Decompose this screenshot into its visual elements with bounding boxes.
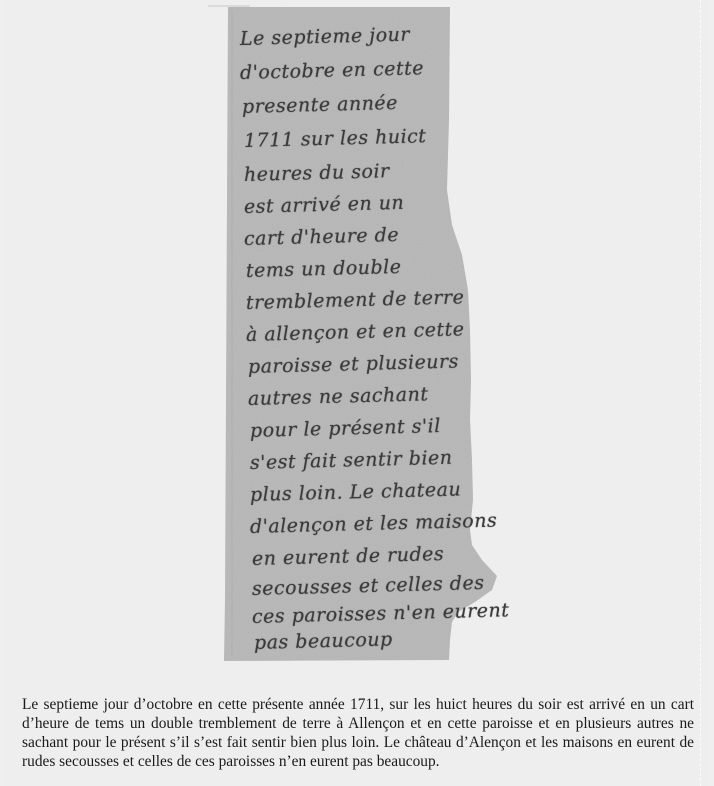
handwritten-line: heures du soir	[244, 160, 390, 186]
handwritten-line: cart d'heure de	[244, 224, 400, 250]
handwritten-line: presente année	[242, 92, 398, 118]
handwritten-line: Le septieme jour	[240, 24, 410, 50]
handwritten-line: pas beaucoup	[254, 628, 393, 654]
transcription-caption: Le septieme jour d’octobre en cette prés…	[22, 696, 694, 771]
handwritten-line: tems un double	[246, 256, 402, 282]
manuscript-image: Le septieme jour d'octobre en cette pres…	[0, 0, 714, 670]
handwritten-line: est arrivé en un	[244, 192, 405, 218]
